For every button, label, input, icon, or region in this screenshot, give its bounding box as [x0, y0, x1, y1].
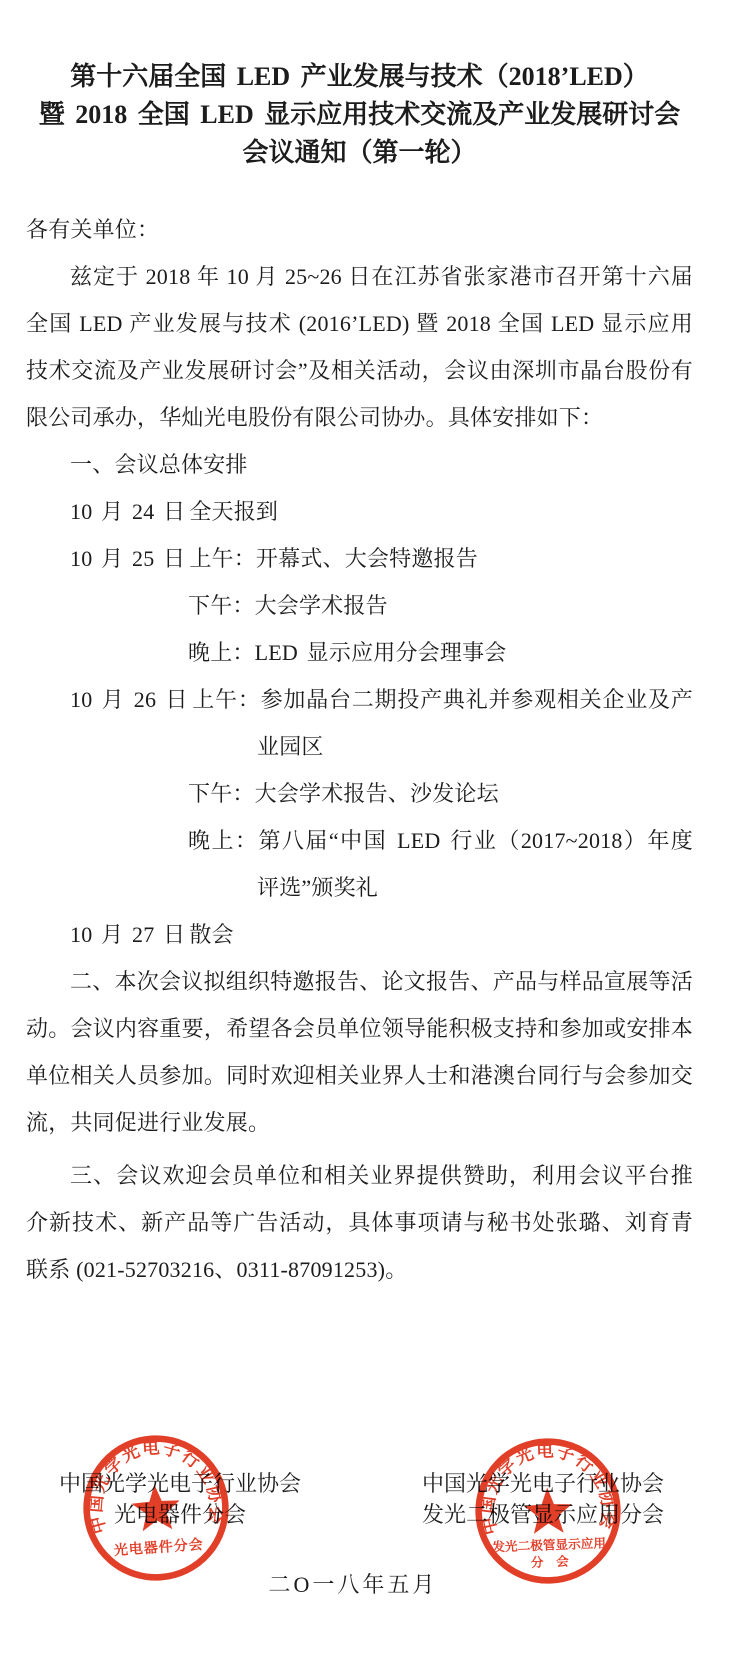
schedule-session-line: 晚上：LED 显示应用分会理事会: [26, 629, 693, 676]
schedule-row: 10 月 25 日上午：开幕式、大会特邀报告: [26, 535, 693, 582]
paragraph-intro: 兹定于 2018 年 10 月 25~26 日在江苏省张家港市召开第十六届 全国…: [26, 253, 693, 441]
seal-stamp-right: 中国光学光电子行业协会 发光二极管显示应用 分 会: [470, 1433, 625, 1588]
paragraph-line: 联系 (021-52703216、0311-87091253)。: [26, 1246, 693, 1293]
schedule-session: 上午：开幕式、大会特邀报告: [189, 546, 478, 571]
schedule-session: 上午：参加晶台二期投产典礼并参观相关企业及产业园区: [192, 687, 693, 759]
paragraph-line: 动。会议内容重要，希望各会员单位领导能积极支持和参加或安排本: [26, 1005, 693, 1052]
schedule-session: 晚上：LED 显示应用分会理事会: [188, 640, 506, 665]
paragraph-line: 介新技术、新产品等广告活动，具体事项请与秘书处张璐、刘育青: [26, 1199, 693, 1246]
title-line-3: 会议通知（第一轮）: [26, 134, 693, 172]
star-icon: [523, 1487, 573, 1534]
title-line-2: 暨 2018 全国 LED 显示应用技术交流及产业发展研讨会: [26, 96, 693, 134]
schedule-date: 10 月 25 日: [70, 546, 185, 571]
schedule-row: 10 月 27 日散会: [26, 911, 693, 958]
schedule-row: 10 月 24 日全天报到: [26, 488, 693, 535]
document-title: 第十六届全国 LED 产业发展与技术（2018’LED） 暨 2018 全国 L…: [26, 58, 693, 172]
schedule: 一、会议总体安排 10 月 24 日全天报到 10 月 25 日上午：开幕式、大…: [26, 441, 693, 958]
paragraph-line: 三、会议欢迎会员单位和相关业界提供赞助，利用会议平台推: [26, 1152, 693, 1199]
document-page: 第十六届全国 LED 产业发展与技术（2018’LED） 暨 2018 全国 L…: [0, 0, 733, 1665]
salutation: 各有关单位：: [26, 206, 693, 253]
schedule-date: 10 月 27 日: [70, 922, 185, 947]
paragraph-line: 二、本次会议拟组织特邀报告、论文报告、产品与样品宣展等活: [26, 958, 693, 1005]
schedule-session-line: 下午：大会学术报告: [26, 582, 693, 629]
stamp-bottom-text: 光电器件分会: [113, 1536, 204, 1559]
document-date: 二O一八年五月: [0, 1570, 706, 1600]
paragraph-line: 技术交流及产业发展研讨会”及相关活动，会议由深圳市晶台股份有: [26, 347, 693, 394]
schedule-date: 10 月 24 日: [70, 499, 185, 524]
paragraph-line: 全国 LED 产业发展与技术 (2016’LED) 暨 2018 全国 LED …: [26, 300, 693, 347]
schedule-session: 全天报到: [189, 499, 278, 524]
seal-stamp-left: 中国光学光电子行业协会 光电器件分会: [76, 1428, 236, 1588]
schedule-date: 10 月 26 日: [70, 687, 188, 712]
schedule-session: 散会: [189, 922, 233, 947]
schedule-session: 晚上：第八届“中国 LED 行业（2017~2018）年度评选”颁奖礼: [188, 828, 693, 900]
schedule-session: 下午：大会学术报告: [188, 593, 388, 618]
schedule-session: 下午：大会学术报告、沙发论坛: [188, 781, 499, 806]
paragraph-line: 兹定于 2018 年 10 月 25~26 日在江苏省张家港市召开第十六届: [26, 253, 693, 300]
paragraph-line: 限公司承办，华灿光电股份有限公司协办。具体安排如下：: [26, 394, 693, 441]
schedule-heading: 一、会议总体安排: [26, 441, 693, 488]
paragraph-line: 流，共同促进行业发展。: [26, 1099, 693, 1146]
title-line-1: 第十六届全国 LED 产业发展与技术（2018’LED）: [26, 58, 693, 96]
stamp-bottom-text-line2: 分 会: [531, 1554, 570, 1570]
schedule-session-line: 晚上：第八届“中国 LED 行业（2017~2018）年度评选”颁奖礼: [26, 817, 693, 911]
paragraph-line: 单位相关人员参加。同时欢迎相关业界人士和港澳台同行与会参加交: [26, 1052, 693, 1099]
schedule-session-line: 下午：大会学术报告、沙发论坛: [26, 770, 693, 817]
star-icon: [130, 1483, 181, 1532]
stamp-bottom-text-line1: 发光二极管显示应用: [491, 1535, 606, 1554]
paragraph-sponsor: 三、会议欢迎会员单位和相关业界提供赞助，利用会议平台推 介新技术、新产品等广告活…: [26, 1152, 693, 1293]
paragraph-activities: 二、本次会议拟组织特邀报告、论文报告、产品与样品宣展等活 动。会议内容重要，希望…: [26, 958, 693, 1146]
schedule-row: 10 月 26 日上午：参加晶台二期投产典礼并参观相关企业及产业园区: [26, 676, 693, 770]
